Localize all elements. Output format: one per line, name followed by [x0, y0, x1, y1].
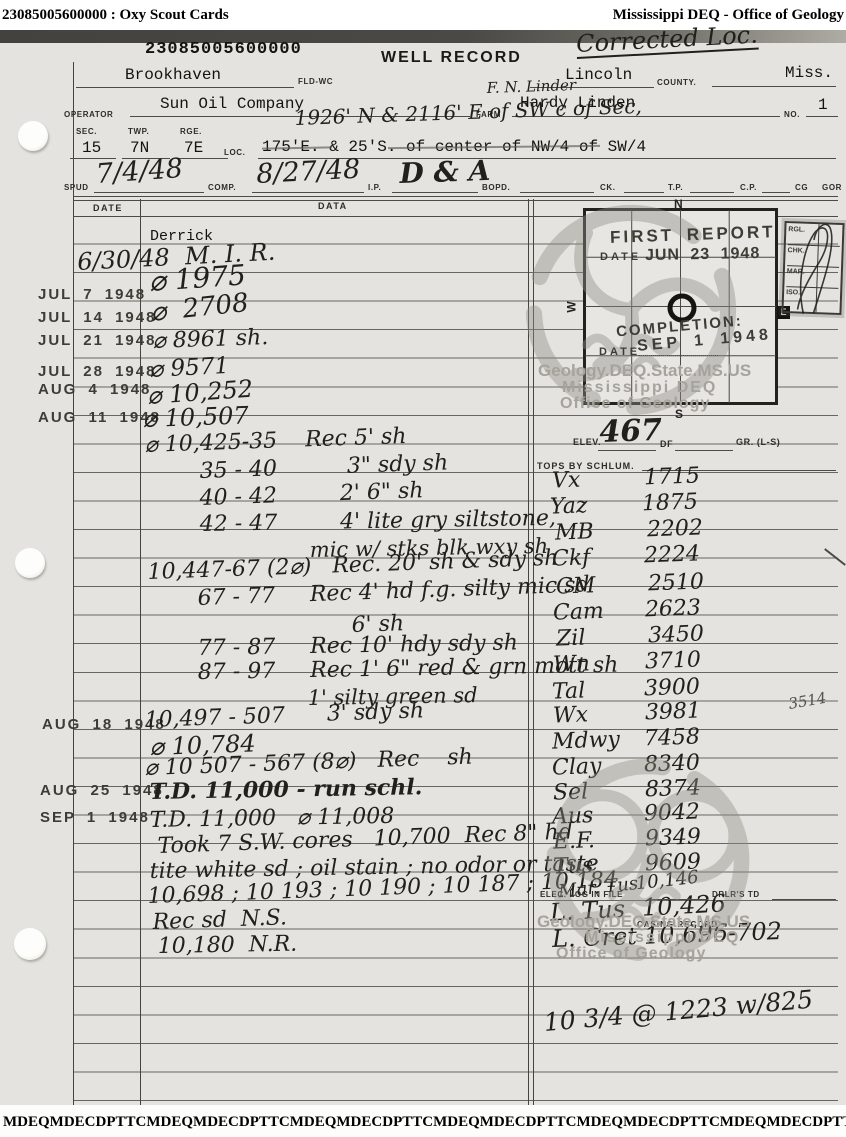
top-name: Vx — [552, 467, 645, 492]
elev-label: ELEV. — [573, 437, 601, 447]
corrected-loc-note: Corrected Loc. — [576, 23, 759, 59]
top-name: MB — [555, 519, 648, 544]
footer-token: MDECD — [480, 1114, 537, 1131]
log-line-6: ⌀ 10,507 — [142, 403, 249, 431]
field-underline — [76, 87, 294, 88]
top-name: Cam — [553, 599, 646, 624]
watermark-url-top: Geology.DEQ.State.MS.US — [538, 361, 751, 381]
ip-label: I.P. — [368, 183, 381, 192]
date-stamp-8: SEP 1 1948 — [40, 809, 150, 826]
top-row-zil: Zil3450 — [556, 623, 705, 650]
operator-value: Sun Oil Company — [160, 95, 304, 113]
cg-label: CG — [795, 183, 808, 192]
comp-underline — [252, 192, 364, 193]
footer-token: PTTC — [823, 1114, 846, 1131]
data-column-header: DATA — [318, 201, 348, 211]
footer-token: MDECD — [623, 1114, 680, 1131]
twp-value: 7N — [130, 139, 149, 157]
gor-label: GOR — [822, 183, 842, 192]
footer-token: PTTC — [393, 1114, 433, 1131]
top-depth: 3710 — [645, 647, 702, 674]
cp-underline — [762, 192, 790, 193]
top-row-wx: Wx3981 — [553, 700, 702, 727]
date-stamp-0: JUL 7 1948 — [38, 286, 146, 303]
date-stamp-2: JUL 21 1948 — [38, 332, 156, 349]
footer-bar: MDEQ MDECD PTTC MDEQ MDECD PTTC MDEQ MDE… — [0, 1105, 846, 1137]
top-depth: 2623 — [645, 595, 702, 622]
top-name: Zil — [556, 625, 649, 650]
sec-value: 15 — [82, 139, 101, 157]
top-depth: 2510 — [648, 569, 705, 596]
first-report-date-label: DATE — [600, 251, 641, 263]
date-stamp-4: AUG 4 1948 — [38, 381, 151, 398]
state-value: Miss. — [785, 64, 833, 82]
field-value: Brookhaven — [125, 66, 221, 84]
comp-label: COMP. — [208, 183, 236, 192]
top-name: Yaz — [550, 493, 643, 518]
no-value: 1 — [818, 96, 828, 114]
hole-punch-middle — [15, 548, 45, 578]
footer-token: MDECD — [766, 1114, 823, 1131]
location-handwritten: 1926' N & 2116' E of SW c of Sec, — [294, 96, 642, 128]
date-column-header: DATE — [93, 203, 123, 213]
spud-underline — [94, 192, 204, 193]
elev-value: 467 — [599, 416, 663, 448]
cp-label: C.P. — [740, 183, 757, 192]
top-row-cm: CM2510 — [556, 571, 705, 598]
bopd-underline — [520, 192, 594, 193]
form-title: WELL RECORD — [381, 49, 522, 67]
footer-token: MDEQ — [576, 1114, 623, 1131]
log-line-26: Rec sd N.S. — [152, 907, 287, 934]
gr-label: GR. (L-S) — [736, 437, 780, 447]
review-stamp-box: RGL. CHK. MAR. ISO. — [781, 221, 844, 315]
top-row-cam: Cam2623 — [553, 597, 702, 624]
review-signature-scribble — [783, 217, 842, 319]
footer-token: MDEQ — [290, 1114, 337, 1131]
operator-label: OPERATOR — [64, 110, 113, 119]
top-row-vx: Vx1715 — [552, 465, 701, 492]
footer-token: PTTC — [106, 1114, 146, 1131]
hole-punch-bottom — [14, 928, 46, 960]
scanned-well-record-page: { "chrome": { "title_left": "23085005600… — [0, 0, 846, 1137]
rge-label: RGE. — [180, 127, 202, 136]
document-id-title: 23085005600000 : Oxy Scout Cards — [2, 7, 229, 24]
footer-token: MDEQ — [720, 1114, 767, 1131]
df-underline — [675, 450, 733, 451]
twp-label: TWP. — [128, 127, 149, 136]
completion-date-label: DATE — [599, 346, 640, 358]
plat-north-label: N — [674, 197, 683, 211]
log-line-21: T.D. 11,000 - run schl. — [150, 776, 423, 803]
top-row-wn: Wn3710 — [553, 649, 702, 676]
header-double-line-1 — [73, 196, 838, 197]
top-name: CM — [556, 573, 649, 598]
ip-value: D & A — [399, 157, 491, 188]
first-report-date-stamp: JUN 23 1948 — [645, 245, 761, 265]
top-row-yaz: Yaz1875 — [550, 491, 699, 518]
comp-value: 8/27/48 — [256, 156, 361, 188]
top-depth: 1875 — [642, 489, 699, 516]
footer-token: MDEQ — [3, 1114, 50, 1131]
well-id-number: 23085005600000 — [145, 40, 302, 59]
county-label: COUNTY. — [657, 78, 696, 87]
date-stamp-3: JUL 28 1948 — [38, 363, 156, 380]
tp-underline — [690, 192, 734, 193]
drlrs-td-underline — [772, 899, 836, 900]
ip-underline — [392, 192, 478, 193]
spud-value: 7/4/48 — [95, 155, 184, 188]
top-name: Wn — [553, 651, 646, 676]
ck-label: CK. — [600, 183, 616, 192]
date-stamp-7: AUG 25 1948 — [40, 782, 164, 799]
log-line-27: 10,180 N.R. — [158, 934, 298, 958]
top-depth: 3450 — [648, 621, 705, 648]
footer-token: MDECD — [336, 1114, 393, 1131]
no-underline — [806, 116, 838, 117]
top-depth: 3981 — [645, 698, 702, 725]
no-label: NO. — [784, 110, 800, 119]
top-row-ckf: Ckf2224 — [552, 543, 701, 570]
bopd-label: BOPD. — [482, 183, 510, 192]
top-name: Tal — [552, 678, 645, 703]
footer-token: MDEQ — [433, 1114, 480, 1131]
state-underline — [712, 86, 836, 87]
plat-south-label: S — [675, 407, 683, 421]
plat-west-label: W — [565, 301, 579, 312]
footer-token: PTTC — [536, 1114, 576, 1131]
top-name: Wx — [553, 702, 646, 727]
spud-label: SPUD — [64, 183, 89, 192]
footer-token: MDEQ — [146, 1114, 193, 1131]
footer-token: PTTC — [680, 1114, 720, 1131]
card-left-border — [73, 62, 74, 1105]
top-depth: 1715 — [644, 463, 701, 490]
ck-underline — [624, 192, 664, 193]
top-row-mb: MB2202 — [555, 517, 704, 544]
elev-underline — [598, 450, 656, 451]
rge-value: 7E — [184, 139, 203, 157]
top-depth: 2224 — [644, 541, 701, 568]
footer-token: MDECD — [193, 1114, 250, 1131]
top-depth: 2202 — [647, 515, 704, 542]
tp-label: T.P. — [668, 183, 683, 192]
footer-token: MDECD — [50, 1114, 107, 1131]
hole-punch-top — [18, 121, 48, 151]
footer-token: PTTC — [250, 1114, 290, 1131]
field-label: FLD-WC — [298, 77, 333, 86]
footer-token-row: MDEQ MDECD PTTC MDEQ MDECD PTTC MDEQ MDE… — [0, 1105, 846, 1131]
watermark-office-bottom: Office of Geology — [556, 945, 706, 963]
rge-underline — [176, 158, 228, 159]
date-stamp-1: JUL 14 1948 — [38, 309, 156, 326]
top-depth: 3900 — [644, 674, 701, 701]
completion-date-dotted-line — [638, 355, 718, 356]
df-label: DF — [660, 439, 673, 449]
log-line-3: ⌀ 8961 sh. — [152, 327, 268, 353]
sec-label: SEC. — [76, 127, 97, 136]
top-name: Ckf — [552, 545, 645, 570]
loc-label: LOC. — [224, 148, 246, 157]
watermark-office-top: Office of Geology — [560, 395, 710, 413]
